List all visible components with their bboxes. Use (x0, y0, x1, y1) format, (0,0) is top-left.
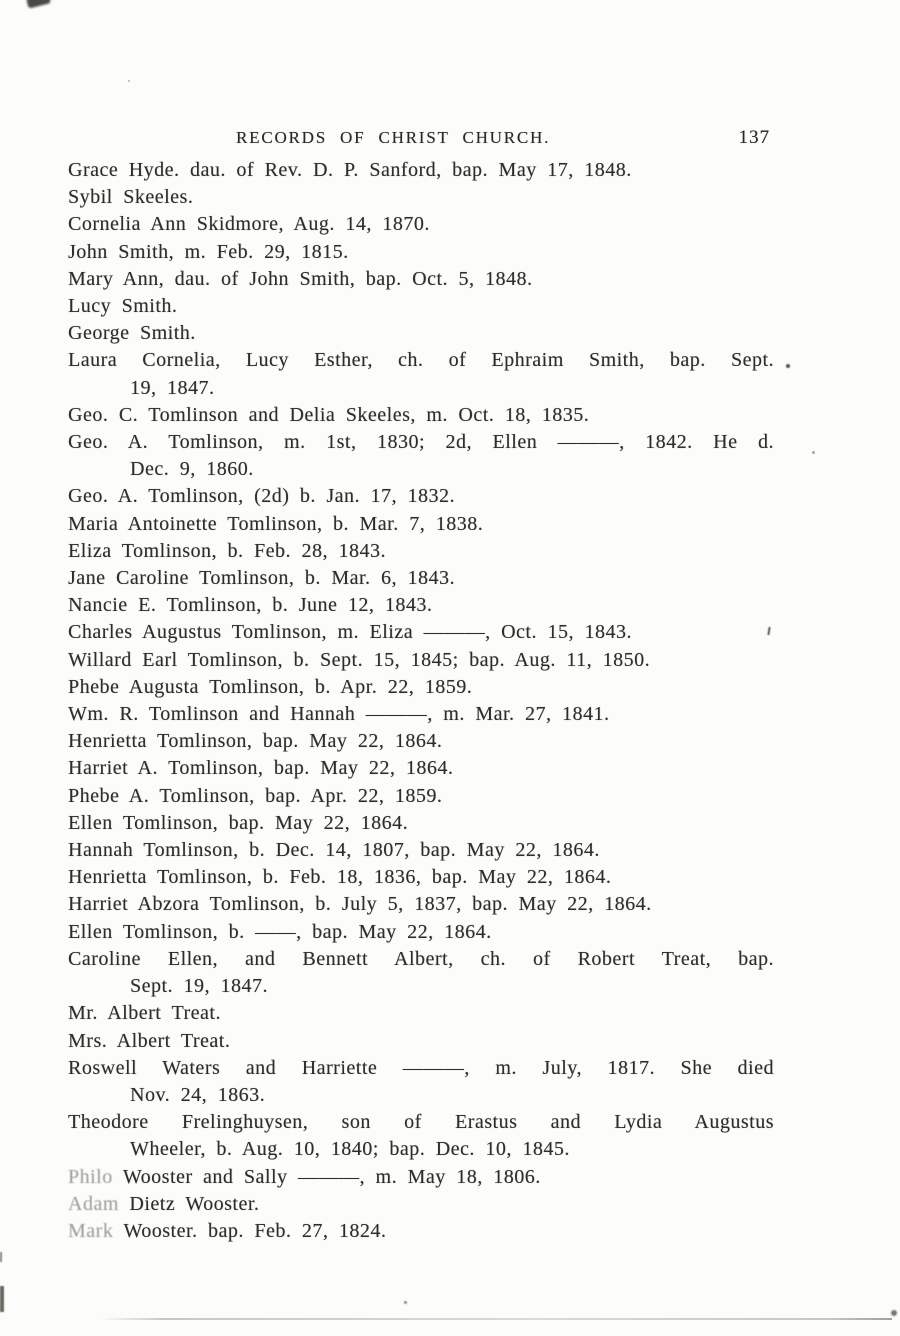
record-line: Geo. A. Tomlinson, (2d) b. Jan. 17, 1832… (68, 483, 774, 510)
record-line: Dec. 9, 1860. (68, 456, 774, 483)
scan-artifact-speck (404, 1301, 407, 1304)
scan-artifact-dot (812, 451, 815, 454)
record-line: Henrietta Tomlinson, bap. May 22, 1864. (68, 728, 774, 755)
faded-ink-text: Philo (68, 1166, 113, 1188)
record-line: Ellen Tomlinson, bap. May 22, 1864. (68, 810, 774, 837)
faded-ink-text: Mark (68, 1220, 113, 1242)
record-line: Phebe Augusta Tomlinson, b. Apr. 22, 185… (68, 674, 774, 701)
record-line: 19, 1847. (68, 375, 774, 402)
record-line: Theodore Frelinghuysen, son of Erastus a… (68, 1109, 774, 1136)
record-line: Geo. A. Tomlinson, m. 1st, 1830; 2d, Ell… (68, 429, 774, 456)
record-line: Ellen Tomlinson, b. ——, bap. May 22, 186… (68, 919, 774, 946)
record-line: Willard Earl Tomlinson, b. Sept. 15, 184… (68, 647, 774, 674)
record-line: Jane Caroline Tomlinson, b. Mar. 6, 1843… (68, 565, 774, 592)
scan-artifact-bottom-line (100, 1318, 892, 1320)
record-line: Harriet A. Tomlinson, bap. May 22, 1864. (68, 755, 774, 782)
record-line: Mr. Albert Treat. (68, 1000, 774, 1027)
record-line: Hannah Tomlinson, b. Dec. 14, 1807, bap.… (68, 837, 774, 864)
record-line: Geo. C. Tomlinson and Delia Skeeles, m. … (68, 402, 774, 429)
scan-artifact-edge-mark (0, 1252, 2, 1262)
record-line: Adam Dietz Wooster. (68, 1191, 774, 1218)
record-line: Nov. 24, 1863. (68, 1082, 774, 1109)
scan-artifact-dot (891, 1310, 897, 1316)
page-number: 137 (739, 127, 771, 149)
page-header: RECORDS OF CHRIST CHURCH. 137 (68, 128, 774, 154)
record-line: Mary Ann, dau. of John Smith, bap. Oct. … (68, 266, 774, 293)
record-line: John Smith, m. Feb. 29, 1815. (68, 239, 774, 266)
record-line: Grace Hyde. dau. of Rev. D. P. Sanford, … (68, 157, 774, 184)
record-line: Maria Antoinette Tomlinson, b. Mar. 7, 1… (68, 511, 774, 538)
record-line: Wheeler, b. Aug. 10, 1840; bap. Dec. 10,… (68, 1136, 774, 1163)
record-line: George Smith. (68, 320, 774, 347)
scan-artifact-speck (128, 80, 130, 82)
record-line: Henrietta Tomlinson, b. Feb. 18, 1836, b… (68, 864, 774, 891)
records-list: Grace Hyde. dau. of Rev. D. P. Sanford, … (68, 157, 774, 1245)
record-line: Philo Wooster and Sally ———, m. May 18, … (68, 1164, 774, 1191)
record-line: Laura Cornelia, Lucy Esther, ch. of Ephr… (68, 347, 774, 374)
scanned-book-page: RECORDS OF CHRIST CHURCH. 137 Grace Hyde… (0, 0, 900, 1336)
record-line: Sept. 19, 1847. (68, 973, 774, 1000)
scan-artifact-corner-mark (26, 0, 51, 9)
record-line: Mrs. Albert Treat. (68, 1028, 774, 1055)
record-line: Eliza Tomlinson, b. Feb. 28, 1843. (68, 538, 774, 565)
page-title: RECORDS OF CHRIST CHURCH. (236, 128, 550, 148)
record-line: Harriet Abzora Tomlinson, b. July 5, 183… (68, 891, 774, 918)
record-line: Charles Augustus Tomlinson, m. Eliza ———… (68, 619, 774, 646)
record-line: Caroline Ellen, and Bennett Albert, ch. … (68, 946, 774, 973)
record-line: Nancie E. Tomlinson, b. June 12, 1843. (68, 592, 774, 619)
record-line: Roswell Waters and Harriette ———, m. Jul… (68, 1055, 774, 1082)
record-line: Mark Wooster. bap. Feb. 27, 1824. (68, 1218, 774, 1245)
record-line: Cornelia Ann Skidmore, Aug. 14, 1870. (68, 211, 774, 238)
faded-ink-text: Adam (68, 1193, 119, 1215)
scan-artifact-edge-mark (0, 1286, 4, 1312)
scan-artifact-dot (786, 364, 790, 368)
record-line: Wm. R. Tomlinson and Hannah ———, m. Mar.… (68, 701, 774, 728)
record-line: Lucy Smith. (68, 293, 774, 320)
record-line: Sybil Skeeles. (68, 184, 774, 211)
record-line: Phebe A. Tomlinson, bap. Apr. 22, 1859. (68, 783, 774, 810)
